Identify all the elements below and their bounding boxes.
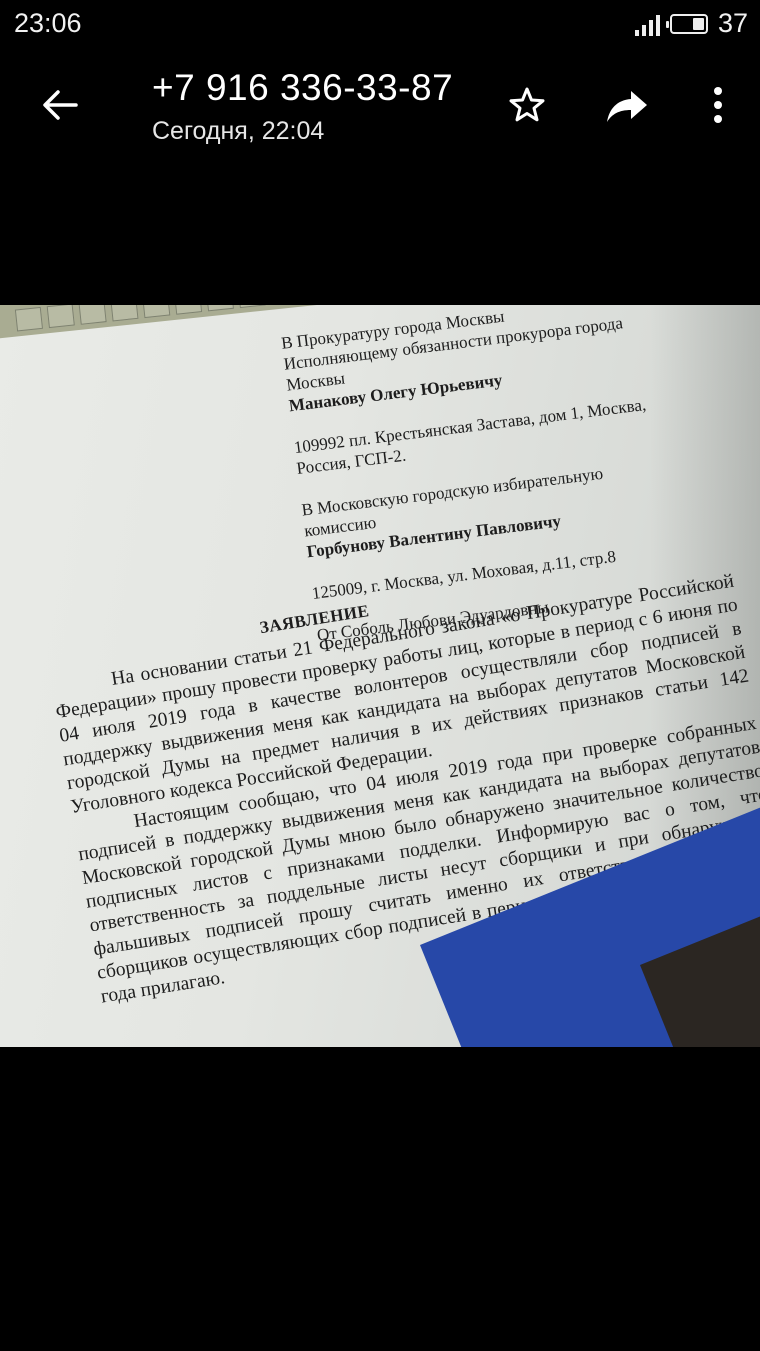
viewer-background [0,1047,760,1351]
contact-title: +7 916 336-33-87 [152,67,453,109]
back-arrow-icon [38,83,82,127]
status-bar: 23:06 37 [0,0,760,50]
photo-image[interactable]: В Прокуратуру города МосквыИсполняющему … [0,305,760,1047]
back-button[interactable] [38,83,82,127]
share-icon [605,85,649,125]
battery-level: 37 [718,8,748,39]
battery-fill [693,18,704,30]
message-timestamp: Сегодня, 22:04 [152,117,324,146]
signal-icon [635,12,660,36]
battery-icon [670,14,708,34]
app-bar: +7 916 336-33-87 Сегодня, 22:04 [0,55,760,165]
favorite-button[interactable] [505,83,549,127]
status-time: 23:06 [14,8,82,39]
more-vert-icon [712,85,724,125]
status-icons: 37 [635,8,748,39]
more-options-button[interactable] [696,83,740,127]
star-icon [507,85,547,125]
share-button[interactable] [605,83,649,127]
